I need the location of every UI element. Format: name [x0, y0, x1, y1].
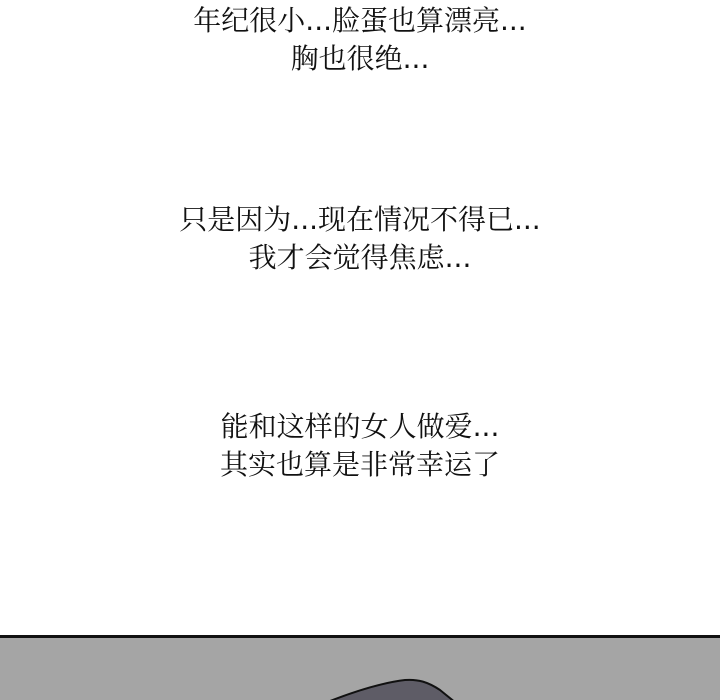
comic-panel-next	[0, 635, 720, 700]
caption-line: 只是因为...现在情况不得已...	[0, 201, 720, 239]
caption-block-2: 只是因为...现在情况不得已... 我才会觉得焦虑...	[0, 201, 720, 277]
caption-line: 其实也算是非常幸运了	[0, 446, 720, 484]
caption-line: 能和这样的女人做爱...	[0, 408, 720, 446]
caption-line: 年纪很小...脸蛋也算漂亮...	[0, 2, 720, 40]
caption-block-1: 年纪很小...脸蛋也算漂亮... 胸也很绝...	[0, 2, 720, 78]
caption-line: 胸也很绝...	[0, 40, 720, 78]
caption-block-3: 能和这样的女人做爱... 其实也算是非常幸运了	[0, 408, 720, 484]
caption-line: 我才会觉得焦虑...	[0, 239, 720, 277]
dark-shape-illustration	[0, 638, 720, 700]
